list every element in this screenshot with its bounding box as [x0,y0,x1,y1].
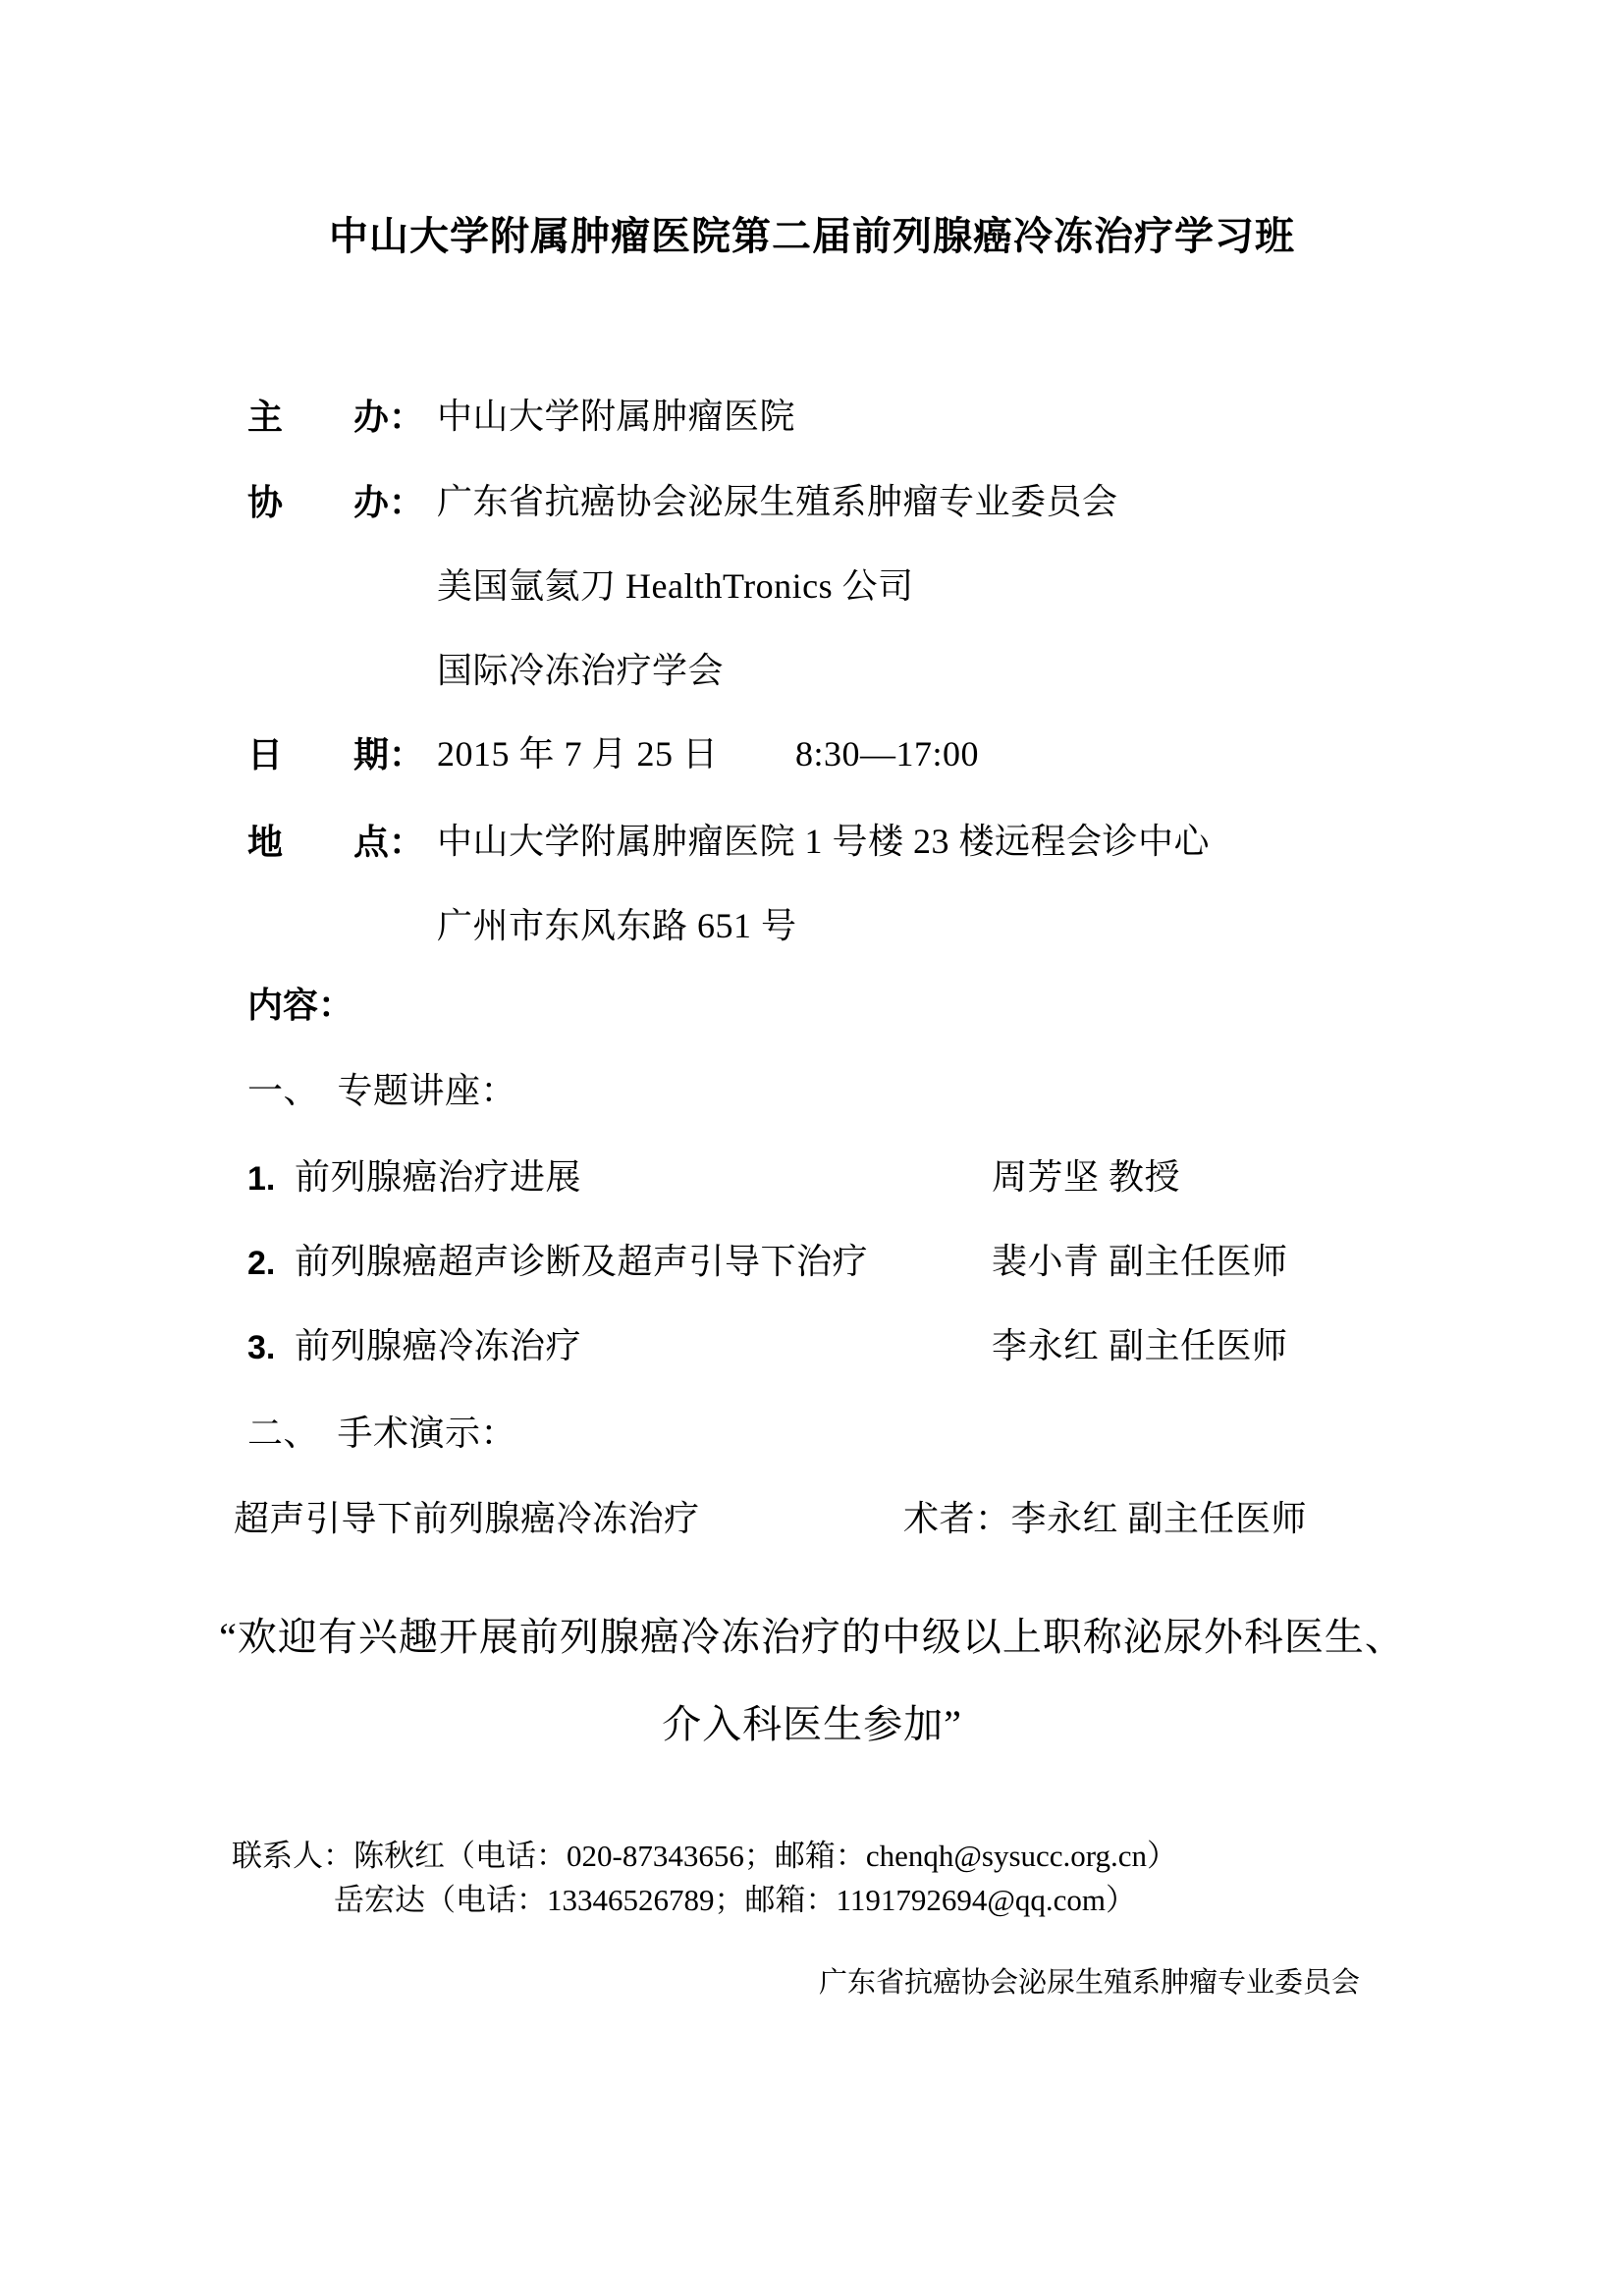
section1-heading: 一、 专题讲座： [247,1071,516,1111]
organizer-label: 主 办： [247,397,424,437]
content-heading: 内容： [247,985,353,1025]
welcome-line-1: “欢迎有兴趣开展前列腺癌冷冻治疗的中级以上职称泌尿外科医生、 [0,1615,1624,1660]
document-title: 中山大学附属肿瘤医院第二届前列腺癌冷冻治疗学习班 [0,214,1624,259]
lecture-1-number: 1. [247,1160,275,1199]
section2-heading: 二、 手术演示： [247,1414,516,1454]
lecture-2-speaker: 裴小青 副主任医师 [992,1242,1288,1282]
lecture-2-title: 前列腺癌超声诊断及超声引导下治疗 [295,1242,868,1282]
time-value: 8:30—17:00 [795,734,979,774]
demo-operator: 术者：李永红 副主任医师 [903,1499,1307,1539]
welcome-line-2: 介入科医生参加” [0,1702,1624,1747]
venue-address: 广州市东风东路 651 号 [437,906,797,946]
co-organizer-extra-1: 美国氩氦刀 HealthTronics 公司 [437,566,914,607]
contact-line-2: 岳宏达（电话：13346526789；邮箱：1191792694@qq.com） [334,1883,1136,1918]
contact-line-1: 联系人：陈秋红（电话：020-87343656；邮箱：chenqh@sysucc… [232,1839,1177,1874]
signature-organization: 广东省抗癌协会泌尿生殖系肿瘤专业委员会 [819,1967,1360,2000]
document-page: 中山大学附属肿瘤医院第二届前列腺癌冷冻治疗学习班 主 办： 中山大学附属肿瘤医院… [0,0,1624,2296]
venue-value: 中山大学附属肿瘤医院 1 号楼 23 楼远程会诊中心 [437,822,1210,862]
co-organizer-label: 协 办： [247,482,424,522]
date-label: 日 期： [247,734,424,774]
venue-label: 地 点： [247,822,424,862]
lecture-3-speaker: 李永红 副主任医师 [992,1326,1288,1366]
organizer-value: 中山大学附属肿瘤医院 [437,397,795,437]
demo-title: 超声引导下前列腺癌冷冻治疗 [234,1499,700,1539]
lecture-3-title: 前列腺癌冷冻治疗 [295,1326,581,1366]
co-organizer-extra-2: 国际冷冻治疗学会 [437,651,724,691]
lecture-1-title: 前列腺癌治疗进展 [295,1157,581,1198]
lecture-2-number: 2. [247,1245,275,1283]
lecture-1-speaker: 周芳坚 教授 [992,1157,1180,1198]
date-value: 2015 年 7 月 25 日 [437,734,719,774]
co-organizer-value: 广东省抗癌协会泌尿生殖系肿瘤专业委员会 [437,482,1118,522]
lecture-3-number: 3. [247,1329,275,1367]
